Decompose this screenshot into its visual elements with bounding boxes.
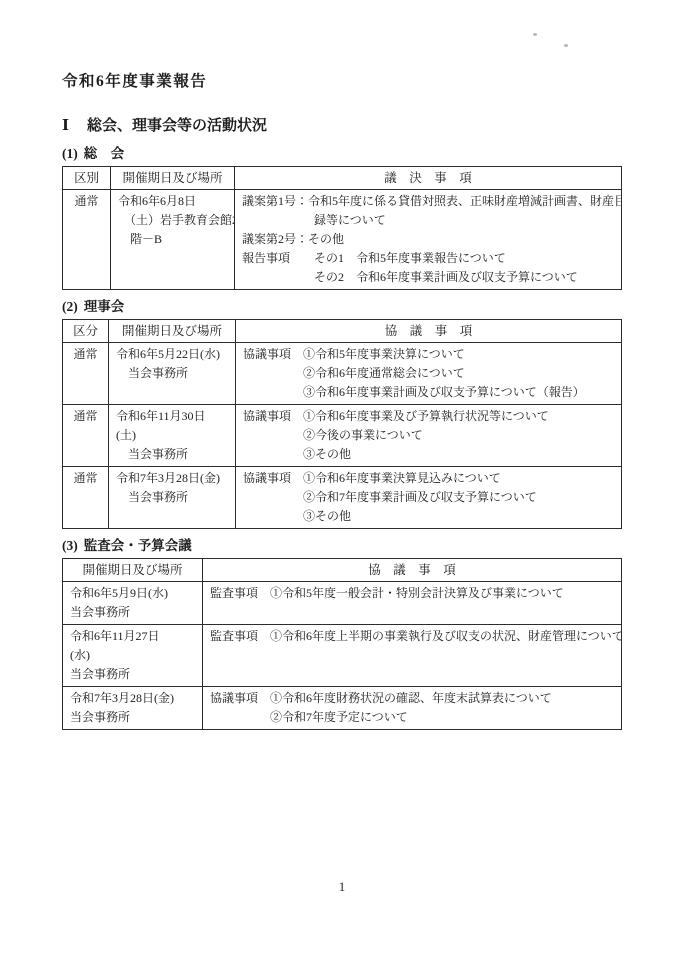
table-header-cell: 開催期日及び場所 [63, 559, 203, 582]
text-line: 通常 [63, 469, 108, 488]
section-title: 総会、理事会等の活動状況 [87, 117, 267, 136]
table-row: 令和6年5月9日(水)当会事務所監査事項 ①令和5年度一般会計・特別会計決算及び… [63, 582, 622, 625]
text-line: 令和7年3月28日(金) [109, 469, 235, 488]
meeting-table: 区分開催期日及び場所協 議 事 項通常令和6年5月22日(水) 当会事務所協議事… [62, 319, 622, 529]
table-header-cell: 議 決 事 項 [235, 167, 622, 190]
table-row: 通常令和7年3月28日(金) 当会事務所協議事項 ①令和6年度事業決算見込みにつ… [63, 467, 622, 529]
text-line: （土）岩手教育会館2 [111, 211, 234, 230]
text-line: 録等について [235, 211, 621, 230]
table-header-row: 開催期日及び場所協 議 事 項 [63, 559, 622, 582]
category-cell: 通常 [63, 190, 111, 290]
text-line: 通常 [63, 345, 108, 364]
text-line: 議案第2号：その他 [235, 230, 621, 249]
text-line: その2 令和6年度事業計画及び収支予算について [235, 268, 621, 287]
scan-speck [533, 33, 537, 36]
date-place-cell: 令和7年3月28日(金)当会事務所 [63, 687, 203, 730]
table-header-cell: 協 議 事 項 [236, 320, 622, 343]
date-place-cell: 令和6年11月30日(土) 当会事務所 [109, 405, 236, 467]
text-line: 当会事務所 [109, 488, 235, 507]
agenda-cell: 監査事項 ①令和6年度上半期の事業執行及び収支の状況、財産管理について [203, 625, 622, 687]
date-place-cell: 令和6年5月9日(水)当会事務所 [63, 582, 203, 625]
page-number: 1 [62, 880, 622, 895]
text-line: 通常 [63, 407, 108, 426]
text-line: 階－B [111, 230, 234, 249]
table-row: 令和6年11月27日(水)当会事務所監査事項 ①令和6年度上半期の事業執行及び収… [63, 625, 622, 687]
text-line: 協議事項 ①令和6年度財務状況の確認、年度末試算表について [203, 689, 621, 708]
text-line: ②令和7年度予定について [203, 708, 621, 727]
table-row: 通常令和6年11月30日(土) 当会事務所協議事項 ①令和6年度事業及び予算執行… [63, 405, 622, 467]
table-row: 通常令和6年6月8日 （土）岩手教育会館2 階－B議案第1号：令和5年度に係る貸… [63, 190, 622, 290]
board-meeting-section: (2) 理事会 区分開催期日及び場所協 議 事 項通常令和6年5月22日(水) … [62, 298, 622, 529]
text-line: 当会事務所 [63, 708, 202, 727]
text-line: 報告事項 その1 令和5年度事業報告について [235, 249, 621, 268]
table-header-cell: 開催期日及び場所 [111, 167, 235, 190]
text-line: 当会事務所 [109, 445, 235, 464]
text-line: 監査事項 ①令和5年度一般会計・特別会計決算及び事業について [203, 584, 621, 603]
agenda-cell: 監査事項 ①令和5年度一般会計・特別会計決算及び事業について [203, 582, 622, 625]
date-place-cell: 令和6年11月27日(水)当会事務所 [63, 625, 203, 687]
text-line: 当会事務所 [63, 665, 202, 684]
table-header-cell: 開催期日及び場所 [109, 320, 236, 343]
date-place-cell: 令和6年6月8日 （土）岩手教育会館2 階－B [111, 190, 235, 290]
caption-title: 監査会・予算会議 [84, 537, 192, 554]
document-title: 令和6年度事業報告 [62, 72, 622, 91]
document-page: 令和6年度事業報告 Ⅰ 総会、理事会等の活動状況 (1) 総 会 区別開催期日及… [0, 0, 680, 962]
text-line: 令和6年6月8日 [111, 192, 234, 211]
caption-title: 理事会 [84, 298, 125, 315]
table-caption: (1) 総 会 [62, 145, 622, 162]
text-line: 協議事項 ①令和5年度事業決算について [236, 345, 621, 364]
general-meeting-section: (1) 総 会 区別開催期日及び場所議 決 事 項通常令和6年6月8日 （土）岩… [62, 145, 622, 290]
agenda-cell: 協議事項 ①令和6年度事業決算見込みについて ②令和7年度事業計画及び収支予算に… [236, 467, 622, 529]
section-number: Ⅰ [62, 117, 69, 136]
table-header-row: 区分開催期日及び場所協 議 事 項 [63, 320, 622, 343]
caption-title: 総 会 [84, 145, 125, 162]
text-line: 協議事項 ①令和6年度事業及び予算執行状況等について [236, 407, 621, 426]
agenda-cell: 協議事項 ①令和5年度事業決算について ②令和6年度通常総会について ③令和6年… [236, 343, 622, 405]
text-line: 令和6年5月22日(水) [109, 345, 235, 364]
text-line: 令和6年5月9日(水) [63, 584, 202, 603]
text-line: ②令和6年度通常総会について [236, 364, 621, 383]
caption-number: (1) [62, 145, 78, 162]
text-line: 令和6年11月27日 [63, 627, 202, 646]
table-row: 通常令和6年5月22日(水) 当会事務所協議事項 ①令和5年度事業決算について … [63, 343, 622, 405]
agenda-cell: 協議事項 ①令和6年度事業及び予算執行状況等について ②今後の事業について ③そ… [236, 405, 622, 467]
section-heading: Ⅰ 総会、理事会等の活動状況 [62, 117, 622, 136]
text-line: ③その他 [236, 445, 621, 464]
category-cell: 通常 [63, 343, 109, 405]
text-line: (土) [109, 426, 235, 445]
text-line: 令和6年11月30日 [109, 407, 235, 426]
text-line: 監査事項 ①令和6年度上半期の事業執行及び収支の状況、財産管理について [203, 627, 621, 646]
text-line: 通常 [63, 192, 110, 211]
board-meeting-table-container: 区分開催期日及び場所協 議 事 項通常令和6年5月22日(水) 当会事務所協議事… [62, 319, 622, 529]
table-header-cell: 区別 [63, 167, 111, 190]
date-place-cell: 令和6年5月22日(水) 当会事務所 [109, 343, 236, 405]
table-header-cell: 協 議 事 項 [203, 559, 622, 582]
date-place-cell: 令和7年3月28日(金) 当会事務所 [109, 467, 236, 529]
meeting-table: 区別開催期日及び場所議 決 事 項通常令和6年6月8日 （土）岩手教育会館2 階… [62, 166, 622, 290]
agenda-cell: 議案第1号：令和5年度に係る貸借対照表、正味財産増減計画書、財産目 録等について… [235, 190, 622, 290]
audit-budget-table-container: 開催期日及び場所協 議 事 項令和6年5月9日(水)当会事務所監査事項 ①令和5… [62, 558, 622, 730]
scan-speck [564, 44, 568, 47]
category-cell: 通常 [63, 405, 109, 467]
table-caption: (3) 監査会・予算会議 [62, 537, 622, 554]
text-line: ②令和7年度事業計画及び収支予算について [236, 488, 621, 507]
text-line: (水) [63, 646, 202, 665]
table-header-cell: 区分 [63, 320, 109, 343]
table-header-row: 区別開催期日及び場所議 決 事 項 [63, 167, 622, 190]
text-line: ③その他 [236, 507, 621, 526]
table-row: 令和7年3月28日(金)当会事務所協議事項 ①令和6年度財務状況の確認、年度末試… [63, 687, 622, 730]
audit-budget-section: (3) 監査会・予算会議 開催期日及び場所協 議 事 項令和6年5月9日(水)当… [62, 537, 622, 730]
text-line: ③令和6年度事業計画及び収支予算について（報告） [236, 383, 621, 402]
caption-number: (3) [62, 537, 78, 554]
text-line: ②今後の事業について [236, 426, 621, 445]
text-line: 令和7年3月28日(金) [63, 689, 202, 708]
text-line: 当会事務所 [109, 364, 235, 383]
meeting-table: 開催期日及び場所協 議 事 項令和6年5月9日(水)当会事務所監査事項 ①令和5… [62, 558, 622, 730]
category-cell: 通常 [63, 467, 109, 529]
table-caption: (2) 理事会 [62, 298, 622, 315]
text-line: 当会事務所 [63, 603, 202, 622]
general-meeting-table-container: 区別開催期日及び場所議 決 事 項通常令和6年6月8日 （土）岩手教育会館2 階… [62, 166, 622, 290]
text-line: 議案第1号：令和5年度に係る貸借対照表、正味財産増減計画書、財産目 [235, 192, 621, 211]
text-line: 協議事項 ①令和6年度事業決算見込みについて [236, 469, 621, 488]
agenda-cell: 協議事項 ①令和6年度財務状況の確認、年度末試算表について ②令和7年度予定につ… [203, 687, 622, 730]
caption-number: (2) [62, 298, 78, 315]
